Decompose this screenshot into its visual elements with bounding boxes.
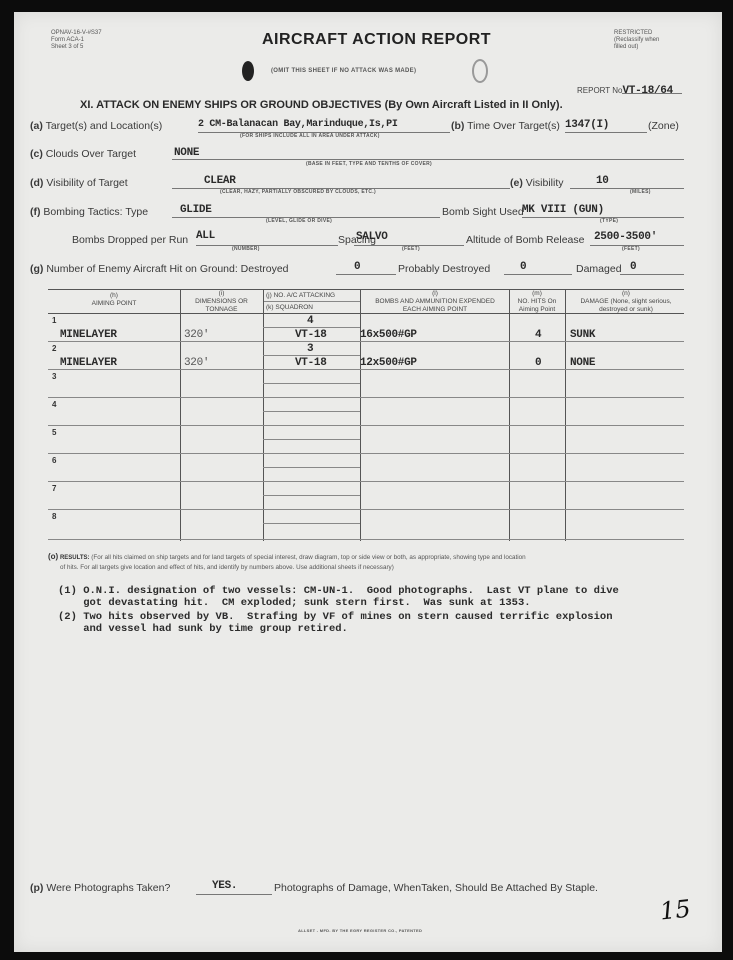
squadron-subdivider	[263, 327, 360, 328]
field-g: (g) Number of Enemy Aircraft Hit on Grou…	[30, 263, 289, 275]
header-hits: (m)NO. HITS On Aiming Point	[509, 290, 565, 314]
probably-destroyed-value: 0	[520, 261, 526, 273]
field-e: (e) Visibility	[510, 177, 564, 189]
row2-squadron: VT-18	[295, 357, 327, 369]
probably-underline	[504, 274, 572, 275]
row-number: 6	[52, 456, 56, 465]
header-squadron: (k) SQUADRON	[266, 304, 360, 312]
header-jk-divider	[263, 301, 360, 302]
section-title: XI. ATTACK ON ENEMY SHIPS OR GROUND OBJE…	[80, 99, 563, 111]
row1-dimensions: 320'	[184, 329, 209, 341]
squadron-subdivider	[263, 411, 360, 412]
field-a-caption: (FOR SHIPS INCLUDE ALL IN AREA UNDER ATT…	[240, 133, 380, 139]
destroyed-underline	[336, 274, 396, 275]
page-number: 15	[659, 894, 692, 925]
photographs-value: YES.	[212, 880, 237, 892]
report-no-value: VT-18/64	[623, 85, 673, 97]
field-p: (p) Were Photographs Taken?	[30, 882, 170, 894]
classification: RESTRICTED (Reclassify when filled out)	[614, 30, 659, 51]
altitude-value: 2500-3500'	[594, 231, 657, 243]
squadron-subdivider	[263, 523, 360, 524]
row-number: 8	[52, 512, 56, 521]
row2-bombs: 12x500#GP	[360, 357, 417, 369]
clouds-value: NONE	[174, 147, 199, 159]
col-divider	[565, 289, 566, 541]
squadron-subdivider	[263, 495, 360, 496]
row-divider	[48, 539, 684, 540]
row2-aiming-point: MINELAYER	[60, 357, 117, 369]
field-e-caption: (MILES)	[630, 189, 651, 195]
form-id-line: Form ACA-1	[51, 37, 102, 44]
report-number: REPORT NoVT-18/64	[577, 80, 673, 98]
squadron-subdivider	[263, 467, 360, 468]
results-instructions: (o) RESULTS: (For all hits claimed on sh…	[48, 552, 688, 572]
row-number: 7	[52, 484, 56, 493]
damaged-underline	[620, 274, 684, 275]
row1-hits: 4	[535, 329, 541, 341]
report-sheet: OPNAV-16-V-#S37 Form ACA-1 Sheet 3 of 5 …	[14, 12, 722, 952]
destroyed-value: 0	[354, 261, 360, 273]
bomb-sight-value: MK VIII (GUN)	[522, 204, 604, 216]
spacing-caption: (FEET)	[402, 246, 420, 252]
field-b-underline	[565, 132, 647, 133]
row2-dimensions: 320'	[184, 357, 209, 369]
field-d: (d) Visibility of Target	[30, 177, 128, 189]
target-location-value: 2 CM-Balanacan Bay,Marinduque,Is,PI	[198, 119, 398, 130]
bomb-sight-caption: (TYPE)	[600, 218, 618, 224]
row1-aiming-point: MINELAYER	[60, 329, 117, 341]
field-c-underline	[172, 159, 684, 160]
field-a: (a) Target(s) and Location(s)	[30, 120, 162, 132]
row-divider	[48, 397, 684, 398]
header-damage: (n)DAMAGE (None, slight serious, destroy…	[570, 290, 682, 314]
field-d-caption: (CLEAR, HAZY, PARTIALLY OBSCURED BY CLOU…	[220, 189, 376, 195]
altitude-label: Altitude of Bomb Release	[466, 234, 584, 246]
photographs-underline	[196, 894, 272, 895]
classification-line: RESTRICTED	[614, 30, 659, 37]
punch-hole-right-icon	[472, 59, 488, 83]
row1-damage: SUNK	[570, 329, 595, 341]
header-bombs: (l)BOMBS AND AMMUNITION EXPENDED EACH AI…	[368, 290, 502, 314]
bombs-per-run-caption: (NUMBER)	[232, 246, 260, 252]
header-dimensions: (i)DIMENSIONS OR TONNAGE	[180, 290, 263, 314]
field-f: (f) Bombing Tactics: Type	[30, 206, 148, 218]
bomb-sight-label: Bomb Sight Used	[442, 206, 524, 218]
row2-hits: 0	[535, 357, 541, 369]
report-no-underline	[622, 93, 682, 94]
classification-line: (Reclassify when	[614, 37, 659, 44]
results-entry-1: (1) O.N.I. designation of two vessels: C…	[58, 585, 619, 609]
field-f-caption: (LEVEL, GLIDE OR DIVE)	[266, 218, 332, 224]
visibility-miles-value: 10	[596, 175, 609, 187]
field-b: (b) Time Over Target(s)	[451, 120, 560, 132]
report-no-label: REPORT No	[577, 86, 623, 95]
damaged-label: Damaged	[576, 263, 622, 275]
attack-table: (h)AIMING POINT (i)DIMENSIONS OR TONNAGE…	[48, 289, 684, 541]
field-c: (c) Clouds Over Target	[30, 148, 136, 160]
bombs-per-run-value: ALL	[196, 230, 215, 242]
col-divider	[509, 289, 510, 541]
squadron-subdivider	[263, 355, 360, 356]
row-number: 4	[52, 400, 56, 409]
header-aiming-point: (h)AIMING POINT	[48, 292, 180, 308]
row-number: 1	[52, 316, 56, 325]
row-number: 3	[52, 372, 56, 381]
row2-no-ac: 3	[307, 343, 313, 355]
row-number: 2	[52, 344, 56, 353]
form-id-line: Sheet 3 of 5	[51, 44, 102, 51]
row1-squadron: VT-18	[295, 329, 327, 341]
row-divider	[48, 369, 684, 370]
altitude-caption: (FEET)	[622, 246, 640, 252]
zone-label: (Zone)	[648, 120, 679, 132]
page-title: AIRCRAFT ACTION REPORT	[262, 31, 491, 49]
col-divider	[360, 289, 361, 541]
squadron-subdivider	[263, 439, 360, 440]
field-c-caption: (BASE IN FEET, TYPE AND TENTHS OF COVER)	[306, 161, 432, 167]
col-divider	[180, 289, 181, 541]
punch-hole-left-icon	[242, 61, 254, 81]
probably-destroyed-label: Probably Destroyed	[398, 263, 490, 275]
bombs-per-run-underline	[196, 245, 338, 246]
omit-note: (OMIT THIS SHEET IF NO ATTACK WAS MADE)	[271, 68, 416, 74]
row-divider	[48, 341, 684, 342]
row1-bombs: 16x500#GP	[360, 329, 417, 341]
row1-no-ac: 4	[307, 315, 313, 327]
form-id: OPNAV-16-V-#S37 Form ACA-1 Sheet 3 of 5	[51, 30, 102, 51]
classification-line: filled out)	[614, 44, 659, 51]
squadron-subdivider	[263, 383, 360, 384]
field-e-underline	[570, 188, 684, 189]
row-divider	[48, 453, 684, 454]
printer-imprint: ALLSET - MFD. BY THE EGRY REGISTER CO., …	[298, 928, 422, 933]
results-entry-2: (2) Two hits observed by VB. Strafing by…	[58, 611, 613, 635]
photographs-note: Photographs of Damage, WhenTaken, Should…	[274, 882, 598, 894]
row-divider	[48, 509, 684, 510]
row2-damage: NONE	[570, 357, 595, 369]
form-id-line: OPNAV-16-V-#S37	[51, 30, 102, 37]
row-number: 5	[52, 428, 56, 437]
spacing-value: SALVO	[356, 231, 388, 243]
bombs-per-run-label: Bombs Dropped per Run	[72, 234, 188, 246]
damaged-value: 0	[630, 261, 636, 273]
row-divider	[48, 425, 684, 426]
bombing-type-value: GLIDE	[180, 204, 212, 216]
visibility-target-value: CLEAR	[204, 175, 236, 187]
time-over-target-value: 1347(I)	[565, 119, 609, 131]
header-no-ac: (j) NO. A/C ATTACKING	[266, 292, 360, 300]
row-divider	[48, 481, 684, 482]
